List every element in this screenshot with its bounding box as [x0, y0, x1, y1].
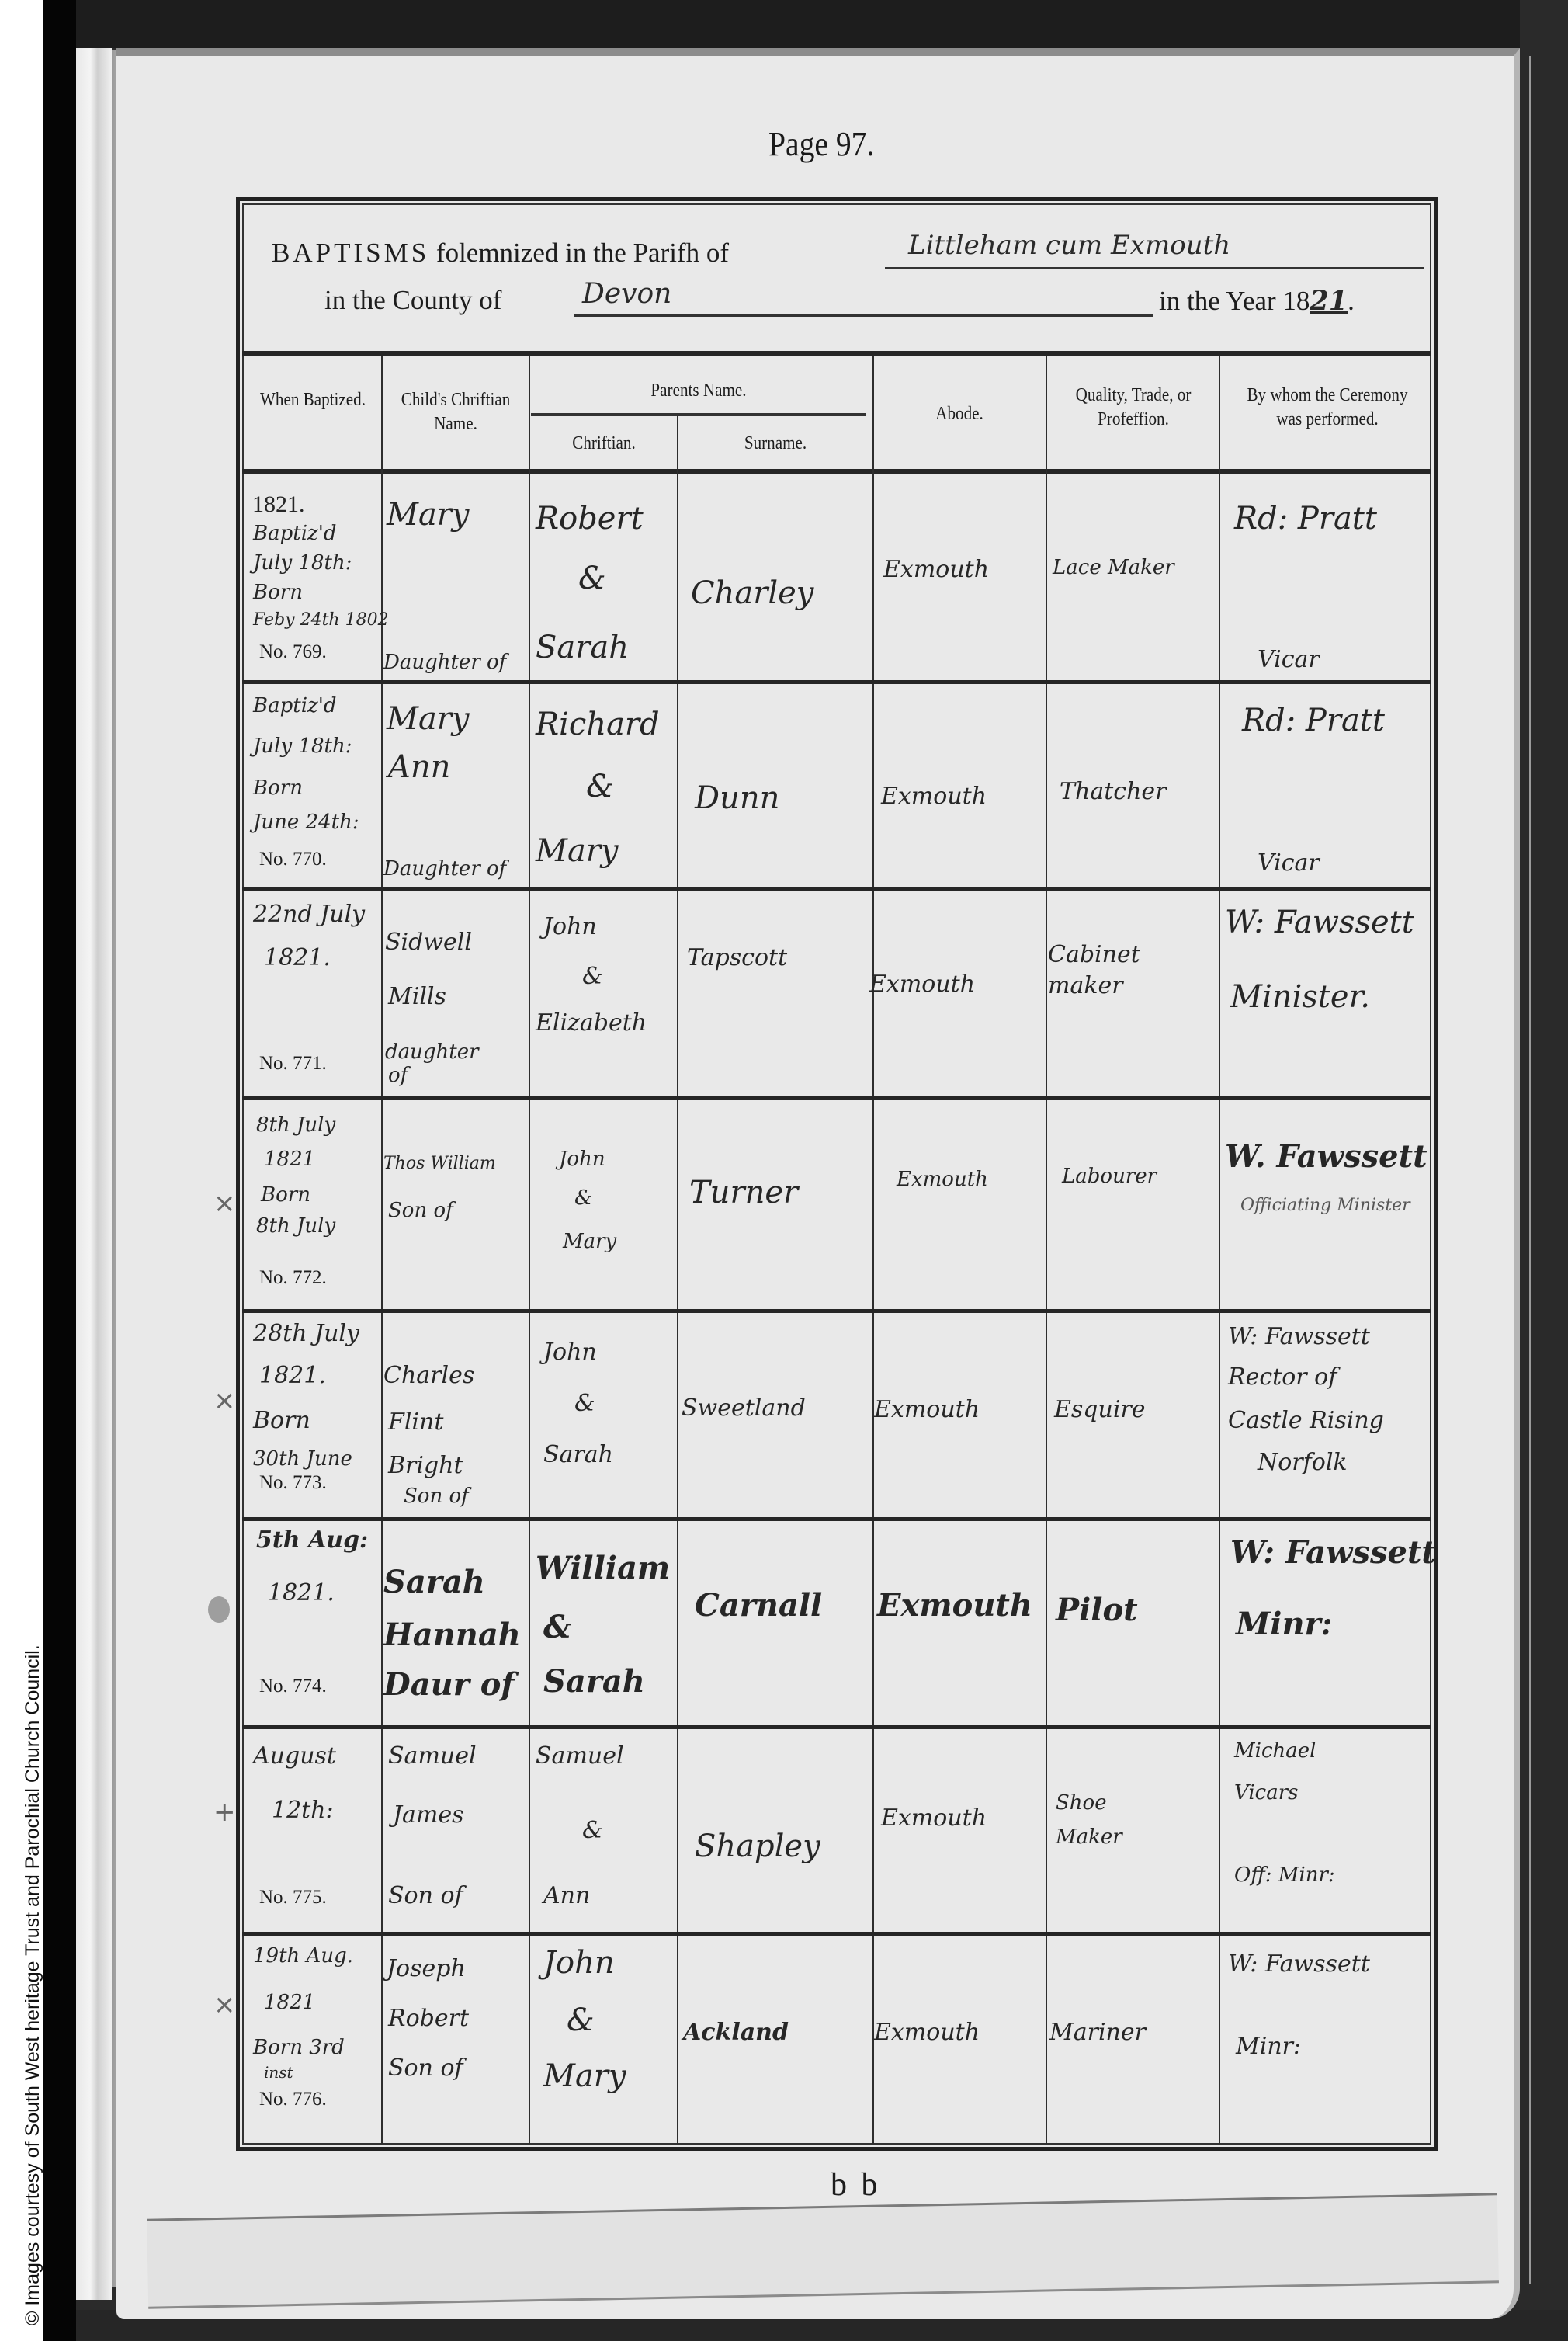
quality: Mariner	[1049, 2016, 1146, 2050]
entry-number: No. 771.	[259, 1053, 327, 1075]
child-name: Bright	[388, 1449, 463, 1483]
parent-surname: Turner	[689, 1171, 798, 1214]
col-header-by-whom: By whom the Ceremony was performed.	[1239, 384, 1417, 432]
row-rule-4	[242, 1309, 1431, 1313]
col-divider-3	[677, 415, 678, 2144]
entry-number: No. 770.	[259, 849, 327, 870]
abode: Exmouth	[869, 967, 975, 1002]
when-line: Baptiz'd	[253, 519, 337, 548]
child-name: Mary	[387, 493, 470, 537]
officiant-title: Vicars	[1234, 1778, 1298, 1808]
parent-christian: Mary	[563, 1227, 616, 1256]
col-header-parents-name: Parents Name.	[551, 379, 846, 403]
officiant-title: Rector of	[1228, 1360, 1337, 1395]
ink-blot	[208, 1596, 230, 1623]
row-rule-6	[242, 1725, 1431, 1729]
parent-christian: Sarah	[543, 1660, 645, 1704]
officiant: Michael	[1234, 1736, 1316, 1766]
child-name: Sidwell	[385, 926, 472, 960]
baptisms-heading: BAPTISMS	[272, 238, 429, 268]
officiant: W: Fawssett	[1228, 1320, 1370, 1354]
when-line: 19th Aug.	[253, 1941, 353, 1971]
when-line: Feby 24th 1802	[253, 606, 389, 635]
parent-christian: &	[578, 557, 606, 600]
year-period: .	[1348, 286, 1355, 316]
abode: Exmouth	[874, 1393, 980, 1427]
county-label: in the County of	[324, 285, 501, 316]
child-relation: Son of	[388, 1879, 463, 1913]
parent-surname: Tapscott	[687, 941, 787, 975]
parent-christian: Mary	[536, 829, 619, 873]
when-line: August	[253, 1739, 336, 1773]
officiant: Rd: Pratt	[1234, 497, 1377, 540]
header-bottom-rule	[242, 469, 1431, 474]
scan-border-top	[76, 0, 1568, 48]
officiant-title: Norfolk	[1258, 1446, 1348, 1480]
row-rule-2	[242, 887, 1431, 891]
parent-christian: Sarah	[543, 1438, 613, 1472]
header-line-1: BAPTISMS folemnized in the Parifh of	[272, 238, 729, 269]
parish-fill-line	[885, 267, 1424, 269]
when-line: 1821.	[252, 488, 305, 522]
when-line: 30th June	[253, 1444, 352, 1474]
quality: Esquire	[1054, 1393, 1146, 1427]
margin-cross-mark: ×	[213, 1989, 236, 2020]
col-divider-4	[872, 356, 874, 2144]
officiant: Rd: Pratt	[1242, 699, 1385, 742]
entry-number: No. 775.	[259, 1887, 327, 1909]
when-line: 8th July	[256, 1211, 335, 1241]
when-line: Born	[253, 773, 303, 803]
when-line: 5th Aug:	[256, 1523, 368, 1558]
when-line: 28th July	[253, 1317, 359, 1351]
officiant: W: Fawssett	[1225, 901, 1414, 944]
scan-border-left	[43, 0, 76, 2341]
col-header-parents-surname: Surname.	[690, 432, 861, 456]
when-line: Born	[261, 1180, 310, 1210]
when-line: June 24th:	[253, 808, 359, 837]
quality: Thatcher	[1060, 775, 1167, 809]
when-line: inst	[264, 2058, 293, 2087]
child-relation: Son of	[388, 2051, 463, 2086]
child-name: James	[393, 1798, 464, 1832]
when-line: 22nd July	[253, 898, 365, 932]
quality: Lace Maker	[1053, 553, 1174, 582]
when-line: 8th July	[256, 1110, 335, 1140]
parent-christian: &	[574, 1183, 592, 1213]
parish-value: Littleham cum Exmouth	[908, 230, 1230, 261]
year-value: 21	[1310, 285, 1348, 317]
officiant: W. Fawssett	[1225, 1135, 1428, 1179]
officiant-title: Minr:	[1236, 1603, 1332, 1646]
col-header-child-name: Child's Chriftian Name.	[392, 388, 519, 436]
child-name: Ann	[388, 745, 450, 789]
officiant-title: Minr:	[1236, 2030, 1301, 2064]
parent-christian: &	[582, 960, 603, 994]
margin-cross-mark: ×	[213, 1385, 236, 1416]
when-line: Born	[253, 578, 303, 607]
county-value: Devon	[582, 278, 671, 310]
abode: Exmouth	[881, 780, 987, 814]
parent-christian: Robert	[536, 497, 644, 540]
officiant-title: Off: Minr:	[1234, 1860, 1335, 1890]
parent-christian: &	[574, 1387, 595, 1421]
abode: Exmouth	[874, 2016, 980, 2050]
child-name: Charles	[383, 1359, 474, 1393]
abode: Exmouth	[883, 553, 989, 587]
child-name: Joseph	[387, 1952, 466, 1986]
child-name: Hannah	[383, 1613, 521, 1657]
entry-number: No. 772.	[259, 1267, 327, 1289]
quality: Shoe Maker	[1056, 1786, 1157, 1854]
left-margin-strip: © Images courtesy of South West heritage…	[0, 0, 43, 2341]
when-line: July 18th:	[253, 548, 352, 578]
parent-surname: Ackland	[683, 2016, 789, 2050]
solemnized-label: folemnized in the Parifh of	[436, 238, 729, 268]
col-divider-6	[1219, 356, 1220, 2144]
row-rule-7	[242, 1932, 1431, 1936]
parent-surname: Shapley	[695, 1825, 820, 1868]
parents-subheader-rule	[531, 413, 866, 416]
parent-surname: Carnall	[695, 1584, 822, 1627]
parent-christian: Ann	[543, 1879, 590, 1913]
row-rule-3	[242, 1096, 1431, 1100]
book-edge	[76, 48, 112, 2300]
parent-christian: Mary	[543, 2054, 626, 2098]
when-line: Baptiz'd	[253, 691, 337, 721]
child-name: Mills	[388, 980, 446, 1014]
col-header-when-baptized: When Baptized.	[253, 388, 372, 412]
officiant-title: Castle Rising	[1228, 1404, 1384, 1438]
officiant-title: Officiating Minister	[1240, 1191, 1410, 1221]
col-divider-5	[1046, 356, 1047, 2144]
entry-number: No. 769.	[259, 641, 327, 663]
abode: Exmouth	[881, 1801, 987, 1836]
child-name: Sarah	[383, 1561, 485, 1604]
parent-surname: Sweetland	[682, 1391, 806, 1426]
when-line: 1821.	[259, 1359, 326, 1393]
when-line: 1821.	[268, 1576, 335, 1610]
child-name: Flint	[388, 1405, 443, 1440]
printers-signature-mark: b b	[831, 2166, 881, 2204]
parent-surname: Charley	[691, 571, 813, 615]
child-relation: Daughter of	[383, 854, 506, 884]
officiant: W: Fawssett	[1230, 1531, 1436, 1575]
entry-number: No. 773.	[259, 1472, 327, 1494]
quality: Labourer	[1062, 1162, 1157, 1191]
parent-christian: Sarah	[536, 626, 629, 669]
officiant-title: Vicar	[1258, 846, 1320, 880]
child-name: Samuel	[388, 1739, 477, 1773]
parent-christian: &	[543, 1606, 571, 1649]
parent-christian: &	[586, 765, 614, 808]
child-relation: Daughter of	[383, 648, 506, 677]
parent-surname: Dunn	[695, 776, 779, 820]
child-relation: Daur of	[383, 1663, 515, 1707]
when-line: 1821.	[264, 941, 331, 975]
row-rule-5	[242, 1517, 1431, 1521]
parent-christian: &	[567, 1999, 595, 2042]
when-line: July 18th:	[253, 731, 352, 761]
county-fill-line	[574, 314, 1153, 317]
col-header-quality: Quality, Trade, or Profeffion.	[1065, 384, 1202, 432]
parent-christian: Elizabeth	[536, 1006, 647, 1040]
year-label: in the Year 18	[1159, 286, 1310, 316]
abode: Exmouth	[897, 1165, 988, 1194]
page-number: Page 97.	[768, 124, 874, 164]
margin-cross-mark: +	[213, 1797, 236, 1828]
parent-christian: &	[582, 1814, 603, 1848]
parent-christian: John	[543, 910, 597, 944]
child-relation: of	[388, 1061, 408, 1090]
quality: Pilot	[1056, 1589, 1138, 1632]
parent-christian: John	[543, 1941, 615, 1985]
abode: Exmouth	[877, 1584, 1032, 1627]
officiant-title: Minister.	[1230, 975, 1370, 1019]
child-name: Mary	[387, 697, 470, 741]
margin-cross-mark: ×	[213, 1188, 236, 1219]
entry-number: No. 774.	[259, 1676, 327, 1697]
child-relation: Son of	[404, 1481, 469, 1511]
col-header-parents-christian: Chriftian.	[539, 432, 668, 456]
when-line: Born	[253, 1404, 310, 1438]
header-top-rule	[242, 351, 1431, 356]
entry-number: No. 776.	[259, 2089, 327, 2110]
child-relation: Son of	[388, 1196, 453, 1225]
parent-christian: John	[543, 1335, 597, 1370]
officiant-title: Vicar	[1258, 643, 1320, 677]
child-name: Thos William	[383, 1149, 496, 1179]
col-divider-2	[529, 356, 530, 2144]
child-name: Robert	[388, 2002, 469, 2036]
when-line: 1821	[264, 1144, 315, 1174]
parent-christian: William	[536, 1547, 670, 1590]
officiant: W: Fawssett	[1228, 1947, 1370, 1982]
parent-christian: Richard	[536, 703, 660, 746]
year-field: in the Year 1821.	[1159, 285, 1355, 317]
parent-christian: Samuel	[536, 1739, 624, 1773]
when-line: 1821	[264, 1988, 315, 2017]
parent-christian: John	[559, 1144, 605, 1174]
when-line: 12th:	[272, 1794, 334, 1828]
row-rule-1	[242, 680, 1431, 684]
quality: Cabinet maker	[1048, 940, 1164, 1002]
copyright-notice: © Images courtesy of South West heritage…	[22, 1645, 44, 2325]
col-header-abode: Abode.	[884, 402, 1035, 426]
